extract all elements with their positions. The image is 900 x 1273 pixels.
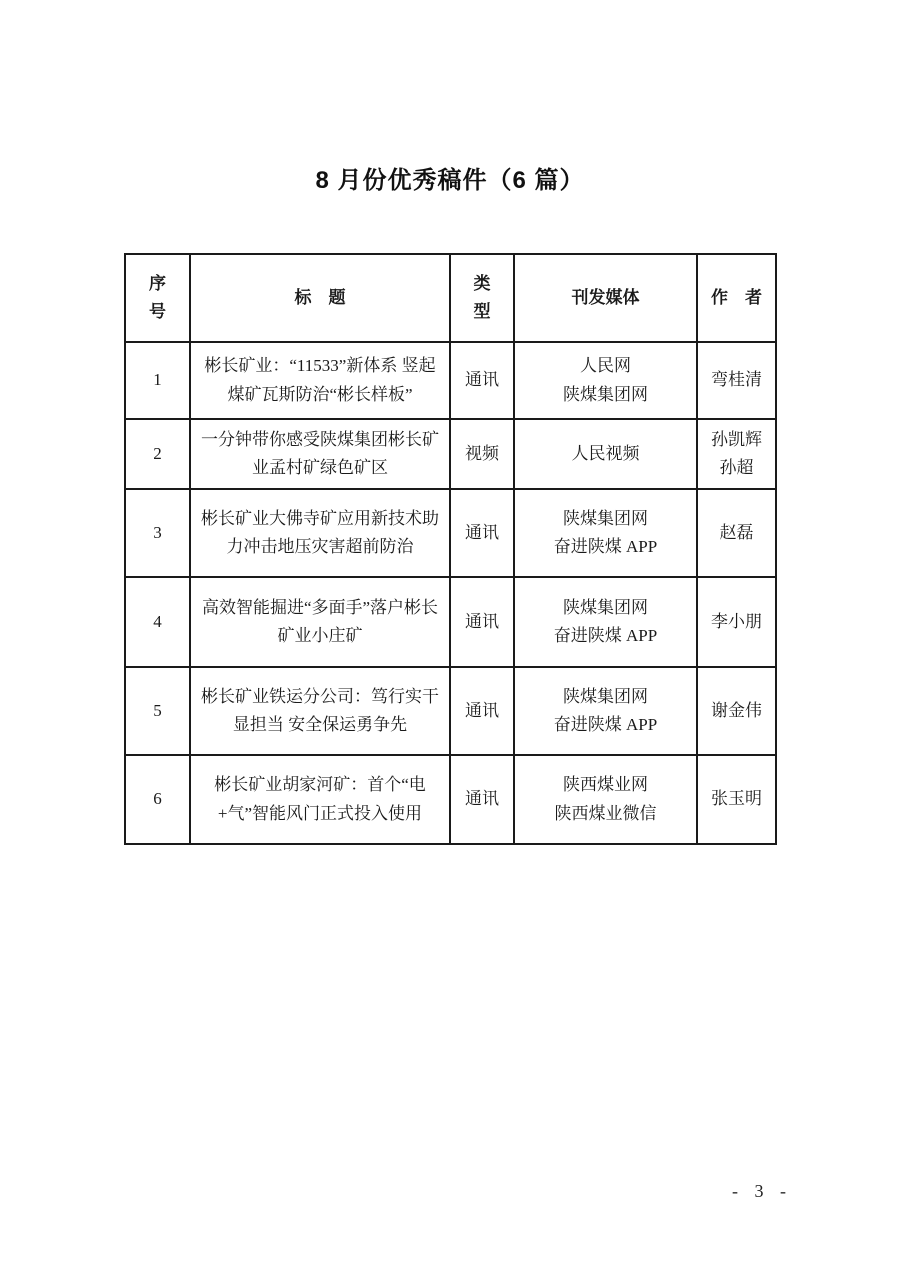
cell-no: 5	[125, 667, 190, 755]
document-title: 8 月份优秀稿件（6 篇）	[0, 160, 900, 195]
document-page: 8 月份优秀稿件（6 篇） 序 号 标 题 类 型 刊发媒体 作 者 1 彬长矿…	[0, 0, 900, 1273]
table-header-row: 序 号 标 题 类 型 刊发媒体 作 者	[125, 254, 776, 342]
cell-type: 通讯	[450, 342, 514, 419]
cell-title: 高效智能掘进“多面手”落户彬长矿业小庄矿	[190, 577, 450, 667]
cell-no: 6	[125, 755, 190, 844]
cell-title: 彬长矿业：“11533”新体系 竖起煤矿瓦斯防治“彬长样板”	[190, 342, 450, 419]
table-row: 2 一分钟带你感受陕煤集团彬长矿业孟村矿绿色矿区 视频 人民视频 孙凯辉 孙超	[125, 419, 776, 489]
table-row: 1 彬长矿业：“11533”新体系 竖起煤矿瓦斯防治“彬长样板” 通讯 人民网 …	[125, 342, 776, 419]
header-cell-type: 类 型	[450, 254, 514, 342]
cell-media: 陕煤集团网 奋进陕煤 APP	[514, 667, 697, 755]
header-cell-author: 作 者	[697, 254, 776, 342]
cell-no: 1	[125, 342, 190, 419]
cell-type: 通讯	[450, 577, 514, 667]
cell-title: 彬长矿业铁运分公司：笃行实干显担当 安全保运勇争先	[190, 667, 450, 755]
manuscript-table: 序 号 标 题 类 型 刊发媒体 作 者 1 彬长矿业：“11533”新体系 竖…	[124, 253, 777, 845]
cell-media: 人民视频	[514, 419, 697, 489]
table-row: 5 彬长矿业铁运分公司：笃行实干显担当 安全保运勇争先 通讯 陕煤集团网 奋进陕…	[125, 667, 776, 755]
cell-author: 李小朋	[697, 577, 776, 667]
cell-title: 彬长矿业大佛寺矿应用新技术助力冲击地压灾害超前防治	[190, 489, 450, 577]
cell-type: 通讯	[450, 755, 514, 844]
cell-type: 通讯	[450, 489, 514, 577]
page-number: - 3 -	[732, 1181, 792, 1202]
cell-author: 弯桂清	[697, 342, 776, 419]
cell-no: 4	[125, 577, 190, 667]
header-cell-no: 序 号	[125, 254, 190, 342]
cell-author: 孙凯辉 孙超	[697, 419, 776, 489]
table-row: 4 高效智能掘进“多面手”落户彬长矿业小庄矿 通讯 陕煤集团网 奋进陕煤 APP…	[125, 577, 776, 667]
cell-type: 通讯	[450, 667, 514, 755]
cell-title: 一分钟带你感受陕煤集团彬长矿业孟村矿绿色矿区	[190, 419, 450, 489]
table-row: 6 彬长矿业胡家河矿：首个“电+气”智能风门正式投入使用 通讯 陕西煤业网 陕西…	[125, 755, 776, 844]
cell-media: 陕煤集团网 奋进陕煤 APP	[514, 577, 697, 667]
cell-no: 3	[125, 489, 190, 577]
cell-no: 2	[125, 419, 190, 489]
table-row: 3 彬长矿业大佛寺矿应用新技术助力冲击地压灾害超前防治 通讯 陕煤集团网 奋进陕…	[125, 489, 776, 577]
cell-type: 视频	[450, 419, 514, 489]
cell-title: 彬长矿业胡家河矿：首个“电+气”智能风门正式投入使用	[190, 755, 450, 844]
header-cell-media: 刊发媒体	[514, 254, 697, 342]
cell-author: 谢金伟	[697, 667, 776, 755]
header-cell-title: 标 题	[190, 254, 450, 342]
cell-author: 赵磊	[697, 489, 776, 577]
cell-media: 陕煤集团网 奋进陕煤 APP	[514, 489, 697, 577]
cell-media: 人民网 陕煤集团网	[514, 342, 697, 419]
cell-media: 陕西煤业网 陕西煤业微信	[514, 755, 697, 844]
cell-author: 张玉明	[697, 755, 776, 844]
